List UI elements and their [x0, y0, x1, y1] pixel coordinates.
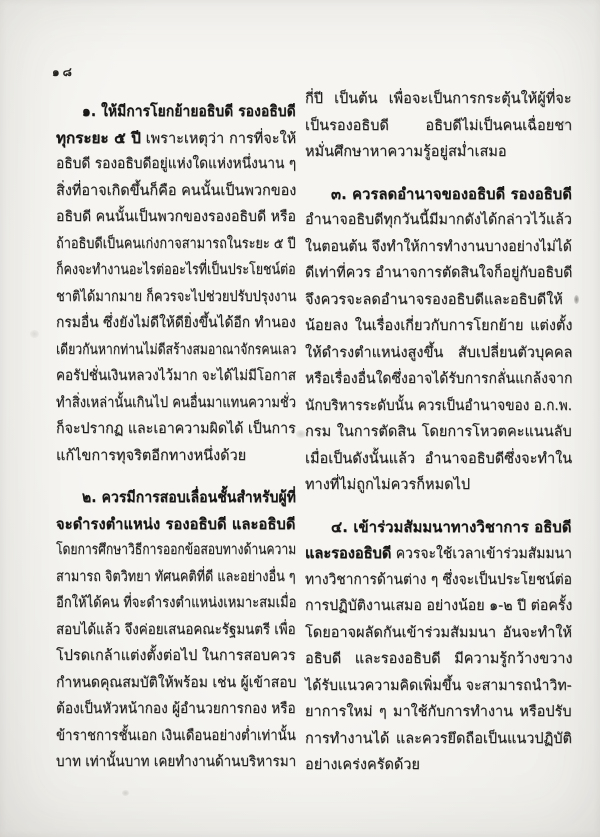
text-line: เดียวกันหากท่านไม่ดีสร้างสมอาณาจักรคนเลว: [56, 337, 296, 364]
text-segment: ควรจะใช้เวลาเข้าร่วมสัมมนา: [391, 546, 572, 562]
text-segment: การปฏิบัติงานเสมอ อย่างน้อย ๑-๒ ปี ต่อคร…: [305, 598, 572, 614]
text-line: เมื่อเป็นดังนั้นแล้ว อำนาจอธิบดีซึ่งจะทำ…: [305, 446, 572, 473]
text-segment: ให้ดำรงตำแหน่งสูงขึ้น สับเปลี่ยนตัวบุคคล: [305, 345, 572, 361]
text-segment: อธิบดี และรองอธิบดี มีความรู้กว้างขวาง: [305, 651, 572, 667]
text-segment: จึงควรจะลดอำนาจรองอธิบดีและอธิบดีให้: [305, 292, 563, 308]
text-segment: หมั่นศึกษาหาความรู้อยู่สม่ำเสมอ: [305, 144, 507, 160]
text-line-content: หมั่นศึกษาหาความรู้อยู่สม่ำเสมอ: [305, 139, 507, 166]
text-line: และรองอธิบดี ควรจะใช้เวลาเข้าร่วมสัมมนา: [305, 540, 572, 567]
text-line: อธิบดี คนนั้นเป็นพวกของรองอธิบดี หรือ: [56, 204, 296, 231]
text-line-content: สิ่งที่อาจเกิดขึ้นก็คือ คนนั้นเป็นพวกของ: [56, 178, 296, 205]
bold-text-segment: จะดำรงตำแหน่ง รองอธิบดี และอธิบดี: [56, 515, 296, 533]
text-line: อธิบดี และรองอธิบดี มีความรู้กว้างขวาง: [305, 646, 572, 673]
text-line-content: การปฏิบัติงานเสมอ อย่างน้อย ๑-๒ ปี ต่อคร…: [305, 593, 572, 620]
text-line-content: จะดำรงตำแหน่ง รองอธิบดี และอธิบดี: [56, 511, 296, 539]
section-heading-line: ๔. เข้าร่วมสัมมนาทางวิชาการ อธิบดี: [305, 514, 572, 541]
text-line: สามารถ จิตวิทยา ทัศนคติที่ดี และอย่างอื่…: [56, 564, 296, 591]
text-line: หมั่นศึกษาหาความรู้อยู่สม่ำเสมอ: [305, 139, 572, 166]
text-line-content: นักบริหารระดับนั้น ควรเป็นอำนาจของ อ.ก.พ…: [305, 393, 572, 420]
text-segment: ทำสิ่งเหล่านั้นเกินไป คนอื่นมาแทนความชั่…: [56, 395, 296, 411]
text-line-content: ๑. ให้มีการโยกย้ายอธิบดี รองอธิบดี: [82, 98, 296, 126]
text-line: โดยอาจผลัดกันเข้าร่วมสัมมนา อันจะทำให้: [305, 620, 572, 647]
text-line: ข้าราชการชั้นเอก เงินเดือนอย่างต่ำเท่านั…: [56, 723, 296, 750]
text-line-content: ในตอนต้น จึงทำให้การทำงานบางอย่างไม่ได้: [305, 234, 572, 261]
text-line-content: กรมอื่น ซึ่งยังไม่ดีให้ดียิ่งขึ้นได้อีก …: [56, 310, 296, 337]
section-heading-line: จะดำรงตำแหน่ง รองอธิบดี และอธิบดี: [56, 511, 296, 538]
text-line: ต้องเป็นหัวหน้ากอง ผู้อำนวยการกอง หรือ: [56, 696, 296, 723]
text-line: นักบริหารระดับนั้น ควรเป็นอำนาจของ อ.ก.พ…: [305, 393, 572, 420]
text-segment: โปรดเกล้าแต่งตั้งต่อไป ในการสอบควร: [56, 648, 296, 664]
text-line: อย่างเคร่งครัดด้วย: [305, 752, 572, 779]
text-line-content: โดยอาจผลัดกันเข้าร่วมสัมมนา อันจะทำให้: [305, 620, 572, 647]
text-segment: อีกให้ได้คน ที่จะดำรงตำแหน่งเหมาะสมเมื่อ: [56, 595, 296, 611]
text-line: หรือเรื่องอื่นใดซึ่งอาจได้รับการกลั่นแกล…: [305, 366, 572, 393]
text-segment: ต้องเป็นหัวหน้ากอง ผู้อำนวยการกอง หรือ: [56, 701, 296, 717]
text-segment: บาท เท่านั้นบาท เคยทำงานด้านบริหารมา: [56, 754, 296, 770]
bold-text-segment: ๓. ควรลดอำนาจของอธิบดี รองอธิบดี: [331, 185, 572, 203]
text-segment: ชาติได้มากมาย ก็ควรจะไปช่วยปรับปรุงงาน: [56, 289, 296, 305]
text-segment: อย่างเคร่งครัดด้วย: [305, 757, 420, 773]
text-segment: โดยการศึกษาวิธีการออกข้อสอบทางด้านความ: [56, 542, 296, 558]
text-line-content: เป็นรองอธิบดี อธิบดีไม่เป็นคนเฉื่อยชา: [305, 113, 572, 140]
text-line: เป็นรองอธิบดี อธิบดีไม่เป็นคนเฉื่อยชา: [305, 113, 572, 140]
text-segment: กรม ในการตัดสิน โดยการโหวตคะแนนลับ: [305, 424, 572, 440]
text-segment: แก้ไขการทุจริตอีกทางหนึ่งด้วย: [56, 448, 246, 464]
left-column: ๑. ให้มีการโยกย้ายอธิบดี รองอธิบดีทุกระย…: [56, 98, 296, 776]
text-line: ทำสิ่งเหล่านั้นเกินไป คนอื่นมาแทนความชั่…: [56, 390, 296, 417]
text-line-content: ยาการใหม่ ๆ มาใช้กับการทำงาน หรือปรับ: [305, 699, 572, 726]
text-segment: สิ่งที่อาจเกิดขึ้นก็คือ คนนั้นเป็นพวกของ: [56, 183, 296, 199]
text-segment: เมื่อเป็นดังนั้นแล้ว อำนาจอธิบดีซึ่งจะทำ…: [305, 451, 572, 467]
text-line-content: โปรดเกล้าแต่งตั้งต่อไป ในการสอบควร: [56, 643, 296, 670]
text-line-content: ๒. ควรมีการสอบเลื่อนชั้นสำหรับผู้ที่: [82, 484, 296, 512]
text-line-content: บาท เท่านั้นบาท เคยทำงานด้านบริหารมา: [56, 749, 296, 776]
text-line-content: ก็จะปรากฏ และเอาความผิดได้ เป็นการ: [56, 416, 296, 443]
text-segment: กี่ปี เป็นต้น เพื่อจะเป็นการกระตุ้นให้ผู…: [305, 91, 572, 107]
text-line: อธิบดี รองอธิบดีอยู่แห่งใดแห่งหนึ่งนาน ๆ: [56, 151, 296, 178]
bold-text-segment: ๑. ให้มีการโยกย้ายอธิบดี รองอธิบดี: [82, 102, 296, 120]
text-line: แก้ไขการทุจริตอีกทางหนึ่งด้วย: [56, 443, 296, 470]
text-line: อำนาจอธิบดีทุกวันนี้มีมากดังได้กล่าวไว้แ…: [305, 207, 572, 234]
text-line: ในตอนต้น จึงทำให้การทำงานบางอย่างไม่ได้: [305, 234, 572, 261]
text-line: สิ่งที่อาจเกิดขึ้นก็คือ คนนั้นเป็นพวกของ: [56, 178, 296, 205]
text-segment: ดีเท่าที่ควร อำนาจการตัดสินใจก็อยู่กับอธ…: [305, 265, 572, 281]
text-line: ทางวิชาการด้านต่าง ๆ ซึ่งจะเป็นประโยชน์ต…: [305, 567, 572, 594]
scan-artifact: [574, 295, 579, 304]
text-segment: ในตอนต้น จึงทำให้การทำงานบางอย่างไม่ได้: [305, 239, 572, 255]
page-number: ๑๘: [52, 63, 75, 82]
text-line: จึงควรจะลดอำนาจรองอธิบดีและอธิบดีให้: [305, 287, 572, 314]
text-segment: น้อยลง ในเรื่องเกี่ยวกับการโยกย้าย แต่งต…: [305, 318, 572, 334]
text-line: ก็คงจะทำงานอะไรต่ออะไรที่เป็นประโยชน์ต่อ: [56, 257, 296, 284]
text-line: ให้ดำรงตำแหน่งสูงขึ้น สับเปลี่ยนตัวบุคคล: [305, 340, 572, 367]
right-column: กี่ปี เป็นต้น เพื่อจะเป็นการกระตุ้นให้ผู…: [305, 86, 572, 779]
text-line: ทุกระยะ ๕ ปี เพราะเหตุว่า การที่จะให้: [56, 125, 296, 152]
text-line-content: อย่างเคร่งครัดด้วย: [305, 752, 420, 779]
text-line: ชาติได้มากมาย ก็ควรจะไปช่วยปรับปรุงงาน: [56, 284, 296, 311]
text-segment: ยาการใหม่ ๆ มาใช้กับการทำงาน หรือปรับ: [305, 704, 572, 720]
text-segment: เดียวกันหากท่านไม่ดีสร้างสมอาณาจักรคนเลว: [56, 342, 296, 358]
text-line-content: ถ้าอธิบดีเป็นคนเก่งกาจสามารถในระยะ ๕ ปี: [56, 231, 296, 258]
text-line-content: แก้ไขการทุจริตอีกทางหนึ่งด้วย: [56, 443, 246, 470]
text-line-content: จึงควรจะลดอำนาจรองอธิบดีและอธิบดีให้: [305, 287, 563, 314]
bold-text-segment: และรองอธิบดี: [305, 544, 391, 562]
text-segment: โดยอาจผลัดกันเข้าร่วมสัมมนา อันจะทำให้: [305, 625, 572, 641]
text-line-content: ชาติได้มากมาย ก็ควรจะไปช่วยปรับปรุงงาน: [56, 284, 296, 311]
text-segment: อธิบดี รองอธิบดีอยู่แห่งใดแห่งหนึ่งนาน ๆ: [56, 156, 296, 172]
text-line: กำหนดคุณสมบัติให้พร้อม เช่น ผู้เข้าสอบ: [56, 670, 296, 697]
text-line-content: อธิบดี และรองอธิบดี มีความรู้กว้างขวาง: [305, 646, 572, 673]
text-line-content: ก็คงจะทำงานอะไรต่ออะไรที่เป็นประโยชน์ต่อ: [56, 257, 296, 284]
text-segment: ก็จะปรากฏ และเอาความผิดได้ เป็นการ: [56, 421, 296, 437]
text-segment: ทางที่ไม่ถูกไม่ควรก็หมดไป: [305, 477, 470, 493]
text-line: ถ้าอธิบดีเป็นคนเก่งกาจสามารถในระยะ ๕ ปี: [56, 231, 296, 258]
text-line-content: ทำสิ่งเหล่านั้นเกินไป คนอื่นมาแทนความชั่…: [56, 390, 296, 417]
text-line-content: อำนาจอธิบดีทุกวันนี้มีมากดังได้กล่าวไว้แ…: [305, 207, 572, 234]
text-segment: อำนาจอธิบดีทุกวันนี้มีมากดังได้กล่าวไว้แ…: [305, 212, 572, 228]
text-line-content: สามารถ จิตวิทยา ทัศนคติที่ดี และอย่างอื่…: [56, 564, 296, 591]
text-line: สอบได้แล้ว จึงค่อยเสนอคณะรัฐมนตรี เพื่อ: [56, 617, 296, 644]
text-line-content: กี่ปี เป็นต้น เพื่อจะเป็นการกระตุ้นให้ผู…: [305, 86, 572, 113]
text-line-content: และรองอธิบดี ควรจะใช้เวลาเข้าร่วมสัมมนา: [305, 540, 572, 568]
bold-text-segment: ๔. เข้าร่วมสัมมนาทางวิชาการ อธิบดี: [331, 518, 572, 536]
scan-artifact: [122, 790, 129, 796]
text-segment: ทางวิชาการด้านต่าง ๆ ซึ่งจะเป็นประโยชน์ต…: [305, 572, 572, 588]
text-line-content: กรม ในการตัดสิน โดยการโหวตคะแนนลับ: [305, 419, 572, 446]
bold-text-segment: ทุกระยะ ๕ ปี: [56, 129, 141, 147]
text-line: น้อยลง ในเรื่องเกี่ยวกับการโยกย้าย แต่งต…: [305, 313, 572, 340]
text-line: บาท เท่านั้นบาท เคยทำงานด้านบริหารมา: [56, 749, 296, 776]
text-line-content: ทางที่ไม่ถูกไม่ควรก็หมดไป: [305, 472, 470, 499]
text-segment: คอรัปชั่นเงินหลวงไว้มาก จะได้ไม่มีโอกาส: [56, 368, 296, 384]
text-line: คอรัปชั่นเงินหลวงไว้มาก จะได้ไม่มีโอกาส: [56, 363, 296, 390]
text-segment: นักบริหารระดับนั้น ควรเป็นอำนาจของ อ.ก.พ…: [305, 398, 572, 414]
text-line-content: คอรัปชั่นเงินหลวงไว้มาก จะได้ไม่มีโอกาส: [56, 363, 296, 390]
bold-text-segment: ๒. ควรมีการสอบเลื่อนชั้นสำหรับผู้ที่: [82, 488, 296, 506]
text-line: ดีเท่าที่ควร อำนาจการตัดสินใจก็อยู่กับอธ…: [305, 260, 572, 287]
text-segment: สามารถ จิตวิทยา ทัศนคติที่ดี และอย่างอื่…: [56, 569, 296, 585]
section-heading-line: ๑. ให้มีการโยกย้ายอธิบดี รองอธิบดี: [56, 98, 296, 125]
text-line: อีกให้ได้คน ที่จะดำรงตำแหน่งเหมาะสมเมื่อ: [56, 590, 296, 617]
scanned-document-page: ๑๘ ๑. ให้มีการโยกย้ายอธิบดี รองอธิบดีทุก…: [0, 0, 600, 837]
text-line-content: การทำงานได้ และควรยึดถือเป็นแนวปฏิบัติ: [305, 726, 572, 753]
text-segment: สอบได้แล้ว จึงค่อยเสนอคณะรัฐมนตรี เพื่อ: [56, 622, 296, 638]
text-line-content: น้อยลง ในเรื่องเกี่ยวกับการโยกย้าย แต่งต…: [305, 313, 572, 340]
text-line: โดยการศึกษาวิธีการออกข้อสอบทางด้านความ: [56, 537, 296, 564]
text-line-content: ๓. ควรลดอำนาจของอธิบดี รองอธิบดี: [331, 181, 572, 209]
text-line-content: โดยการศึกษาวิธีการออกข้อสอบทางด้านความ: [56, 537, 296, 564]
text-line-content: อธิบดี คนนั้นเป็นพวกของรองอธิบดี หรือ: [56, 204, 296, 231]
text-segment: กรมอื่น ซึ่งยังไม่ดีให้ดียิ่งขึ้นได้อีก …: [56, 315, 296, 331]
text-segment: การทำงานได้ และควรยึดถือเป็นแนวปฏิบัติ: [305, 731, 572, 747]
text-line: กรม ในการตัดสิน โดยการโหวตคะแนนลับ: [305, 419, 572, 446]
text-line-content: อีกให้ได้คน ที่จะดำรงตำแหน่งเหมาะสมเมื่อ: [56, 590, 296, 617]
text-segment: ก็คงจะทำงานอะไรต่ออะไรที่เป็นประโยชน์ต่อ: [56, 262, 296, 278]
text-line-content: ให้ดำรงตำแหน่งสูงขึ้น สับเปลี่ยนตัวบุคคล: [305, 340, 572, 367]
text-line-content: ทุกระยะ ๕ ปี เพราะเหตุว่า การที่จะให้: [56, 125, 296, 153]
text-segment: เพราะเหตุว่า การที่จะให้: [141, 131, 296, 147]
text-line-content: ข้าราชการชั้นเอก เงินเดือนอย่างต่ำเท่านั…: [56, 723, 296, 750]
text-line-content: กำหนดคุณสมบัติให้พร้อม เช่น ผู้เข้าสอบ: [56, 670, 296, 697]
section-heading-line: ๓. ควรลดอำนาจของอธิบดี รองอธิบดี: [305, 181, 572, 208]
text-line-content: หรือเรื่องอื่นใดซึ่งอาจได้รับการกลั่นแกล…: [305, 366, 572, 393]
text-line-content: ดีเท่าที่ควร อำนาจการตัดสินใจก็อยู่กับอธ…: [305, 260, 572, 287]
text-line-content: อธิบดี รองอธิบดีอยู่แห่งใดแห่งหนึ่งนาน ๆ: [56, 151, 296, 178]
text-segment: ข้าราชการชั้นเอก เงินเดือนอย่างต่ำเท่านั…: [56, 728, 296, 744]
text-segment: หรือเรื่องอื่นใดซึ่งอาจได้รับการกลั่นแกล…: [305, 371, 572, 387]
section-heading-line: ๒. ควรมีการสอบเลื่อนชั้นสำหรับผู้ที่: [56, 484, 296, 511]
text-line-content: ทางวิชาการด้านต่าง ๆ ซึ่งจะเป็นประโยชน์ต…: [305, 567, 572, 594]
text-line: การปฏิบัติงานเสมอ อย่างน้อย ๑-๒ ปี ต่อคร…: [305, 593, 572, 620]
text-line: โปรดเกล้าแต่งตั้งต่อไป ในการสอบควร: [56, 643, 296, 670]
text-line-content: เมื่อเป็นดังนั้นแล้ว อำนาจอธิบดีซึ่งจะทำ…: [305, 446, 572, 473]
text-line: การทำงานได้ และควรยึดถือเป็นแนวปฏิบัติ: [305, 726, 572, 753]
text-line: กรมอื่น ซึ่งยังไม่ดีให้ดียิ่งขึ้นได้อีก …: [56, 310, 296, 337]
text-line-content: สอบได้แล้ว จึงค่อยเสนอคณะรัฐมนตรี เพื่อ: [56, 617, 296, 644]
text-line-content: ๔. เข้าร่วมสัมมนาทางวิชาการ อธิบดี: [331, 514, 572, 542]
text-line-content: ต้องเป็นหัวหน้ากอง ผู้อำนวยการกอง หรือ: [56, 696, 296, 723]
text-segment: ถ้าอธิบดีเป็นคนเก่งกาจสามารถในระยะ ๕ ปี: [56, 236, 296, 252]
text-line-content: เดียวกันหากท่านไม่ดีสร้างสมอาณาจักรคนเลว: [56, 337, 296, 364]
text-line: ทางที่ไม่ถูกไม่ควรก็หมดไป: [305, 472, 572, 499]
text-line: ยาการใหม่ ๆ มาใช้กับการทำงาน หรือปรับ: [305, 699, 572, 726]
text-line: ได้รับแนวความคิดเพิ่มขึ้น จะสามารถนำวิท-: [305, 673, 572, 700]
text-line: กี่ปี เป็นต้น เพื่อจะเป็นการกระตุ้นให้ผู…: [305, 86, 572, 113]
text-line: ก็จะปรากฏ และเอาความผิดได้ เป็นการ: [56, 416, 296, 443]
text-segment: กำหนดคุณสมบัติให้พร้อม เช่น ผู้เข้าสอบ: [56, 675, 296, 691]
text-segment: อธิบดี คนนั้นเป็นพวกของรองอธิบดี หรือ: [56, 209, 296, 225]
text-line-content: ได้รับแนวความคิดเพิ่มขึ้น จะสามารถนำวิท-: [305, 673, 572, 700]
scan-artifact: [30, 330, 39, 338]
text-segment: ได้รับแนวความคิดเพิ่มขึ้น จะสามารถนำวิท-: [305, 678, 572, 694]
text-segment: เป็นรองอธิบดี อธิบดีไม่เป็นคนเฉื่อยชา: [305, 118, 572, 134]
